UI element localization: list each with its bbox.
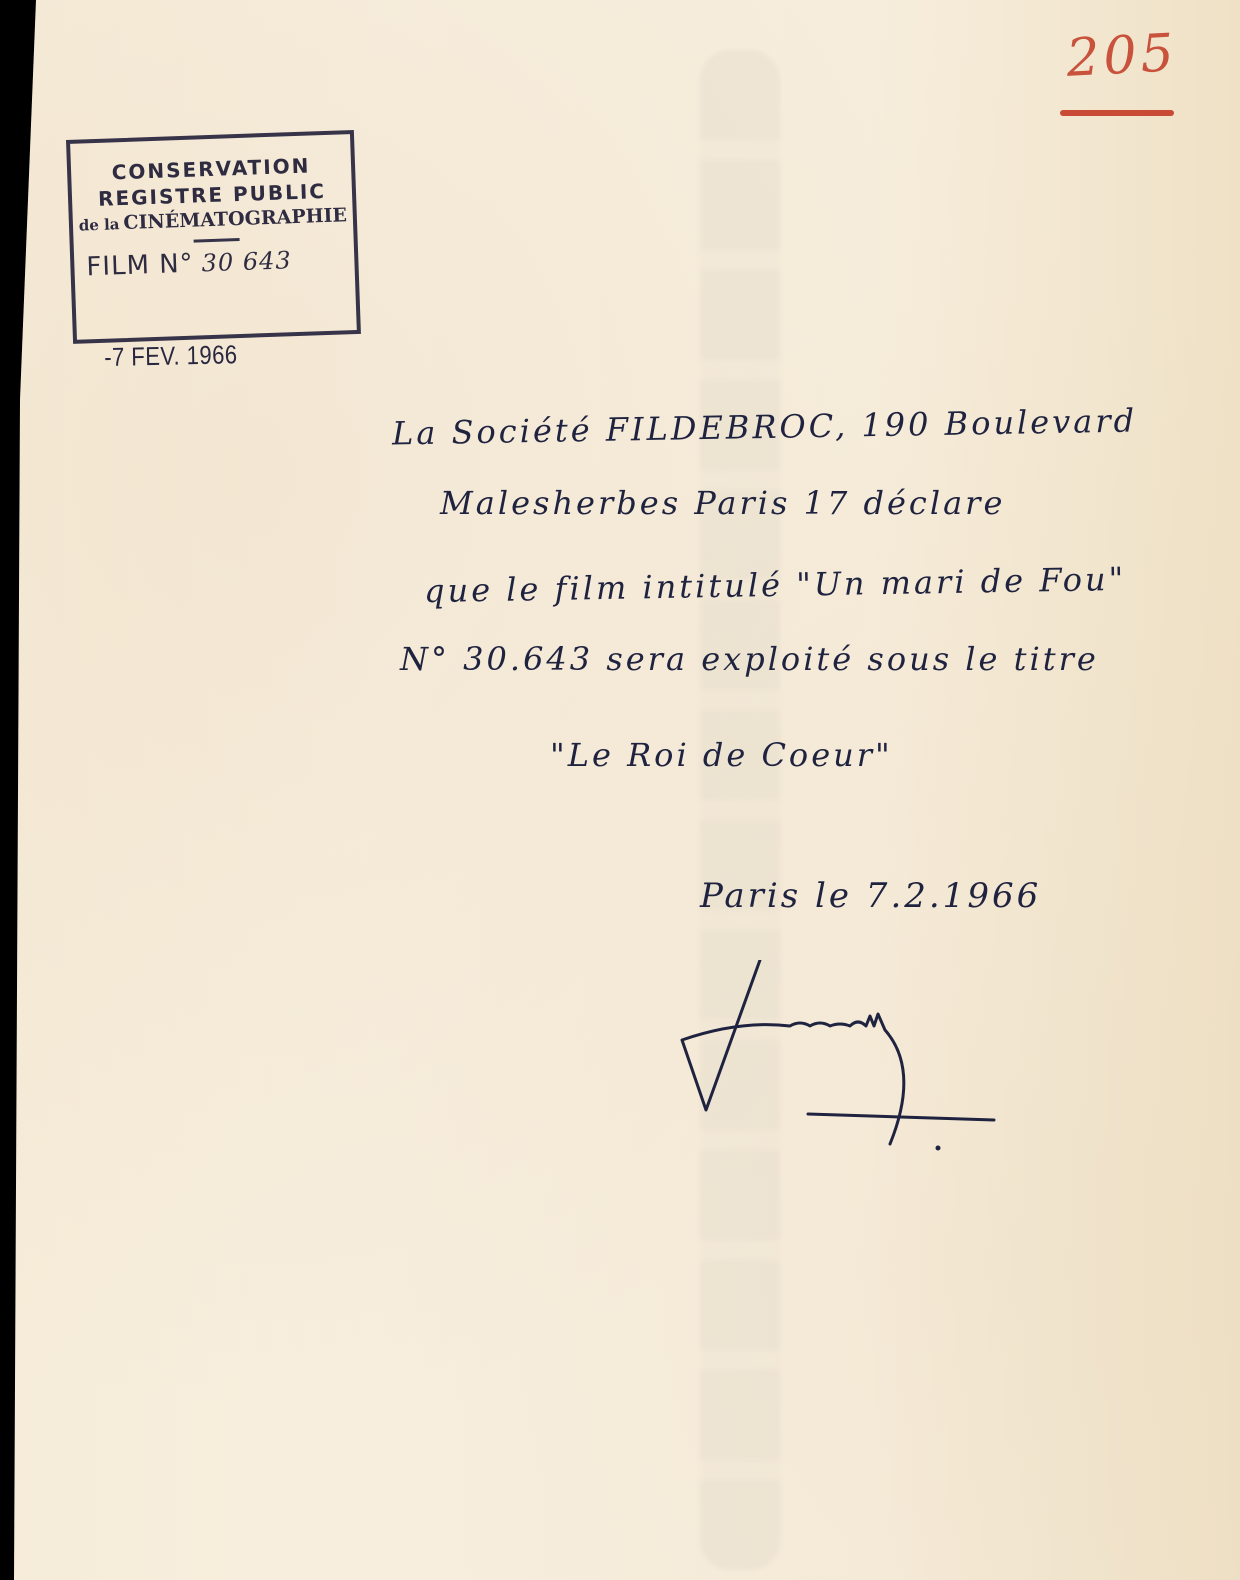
stamp-date: -7 FEV. 1966: [104, 339, 238, 373]
folio-number: 205: [1061, 23, 1184, 89]
stamp-line3-prefix: de la: [79, 215, 120, 234]
body-line-4: N° 30.643 sera exploité sous le titre: [400, 640, 1099, 678]
body-line-5: "Le Roi de Coeur": [550, 736, 893, 774]
stamp-divider: [194, 238, 240, 243]
stamp-film-number: FILM N°30 643: [74, 243, 355, 283]
place-and-date: Paris le 7.2.1966: [700, 876, 1041, 916]
stamp-film-label: FILM N°: [86, 249, 194, 283]
body-line-2: Malesherbes Paris 17 déclare: [440, 484, 1005, 522]
stamp-film-value: 30 643: [201, 246, 292, 277]
folio-underline: [1060, 110, 1174, 116]
scanned-page: 205 CONSERVATION REGISTRE PUBLIC de laCI…: [0, 0, 1240, 1580]
registry-stamp: CONSERVATION REGISTRE PUBLIC de laCINÉMA…: [66, 130, 361, 344]
show-through-watermark: [700, 50, 780, 1570]
signature-icon: [680, 960, 1010, 1160]
